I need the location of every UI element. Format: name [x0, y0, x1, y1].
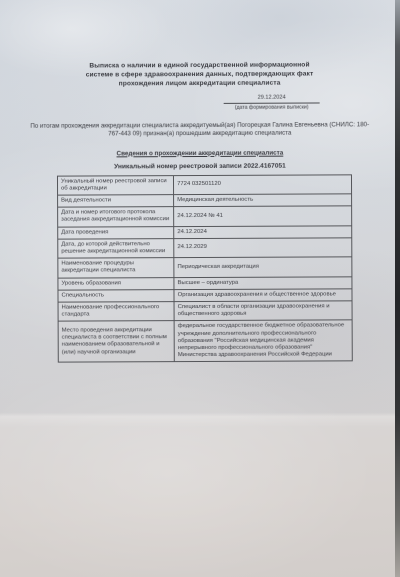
table-row: Место проведения аккредитации специалист…	[58, 320, 352, 362]
row-value: Периодическая аккредитация	[174, 257, 352, 277]
row-label: Уникальный номер реестровой записи об ак…	[57, 175, 173, 195]
table-row: Наименование процедуры аккредитации спец…	[58, 257, 352, 278]
accreditation-table-body: Уникальный номер реестровой записи об ак…	[57, 174, 352, 362]
row-label: Наименование профессионального стандарта	[58, 302, 174, 322]
row-label: Специальность	[58, 289, 174, 302]
row-value: Высшее – ординатура	[174, 276, 352, 289]
row-label: Уровень образования	[58, 277, 174, 290]
accreditation-table: Уникальный номер реестровой записи об ак…	[57, 174, 353, 363]
document-content: Выписка о наличии в единой государственн…	[0, 0, 400, 363]
row-value: Специалист в области организации здравоо…	[174, 301, 352, 321]
row-value: Организация здравоохранения и общественн…	[174, 289, 352, 302]
section-header: Сведения о прохождении аккредитации спец…	[0, 149, 400, 159]
row-value: 7724 032501120	[174, 174, 352, 194]
row-value: 24.12.2029	[174, 238, 352, 258]
table-row: Дата и номер итогового протокола заседан…	[58, 206, 352, 227]
row-label: Наименование процедуры аккредитации спец…	[58, 258, 174, 278]
table-row: Уникальный номер реестровой записи об ак…	[57, 174, 351, 195]
row-value: 24.12.2024 № 41	[174, 206, 352, 226]
row-label: Вид деятельности	[58, 195, 174, 208]
table-row: Наименование профессионального стандарта…	[58, 301, 352, 322]
table-row: Дата, до которой действительно решение а…	[58, 238, 352, 259]
row-label: Дата проведения	[58, 226, 174, 239]
row-value: Медицинская деятельность	[174, 194, 352, 207]
intro-paragraph: По итогам прохождения аккредитации специ…	[28, 121, 372, 140]
document-title: Выписка о наличии в единой государственн…	[49, 60, 349, 88]
formation-date-block: 29.12.2024 (дата формирования выписки)	[224, 94, 320, 111]
formation-date-caption: (дата формирования выписки)	[224, 103, 320, 111]
document-title-line-3: прохождения лицом аккредитации специалис…	[50, 78, 350, 88]
photo-of-document: { "document": { "title_lines": [ "Выписк…	[0, 0, 400, 577]
formation-date: 29.12.2024	[224, 94, 320, 103]
row-label: Место проведения аккредитации специалист…	[58, 321, 174, 363]
row-label: Дата и номер итогового протокола заседан…	[58, 207, 174, 227]
row-value: федеральное государственное бюджетное об…	[174, 320, 352, 362]
row-label: Дата, до которой действительно решение а…	[58, 238, 174, 258]
registry-number-line: Уникальный номер реестровой записи 2022.…	[0, 161, 400, 172]
row-value: 24.12.2024	[174, 225, 352, 238]
